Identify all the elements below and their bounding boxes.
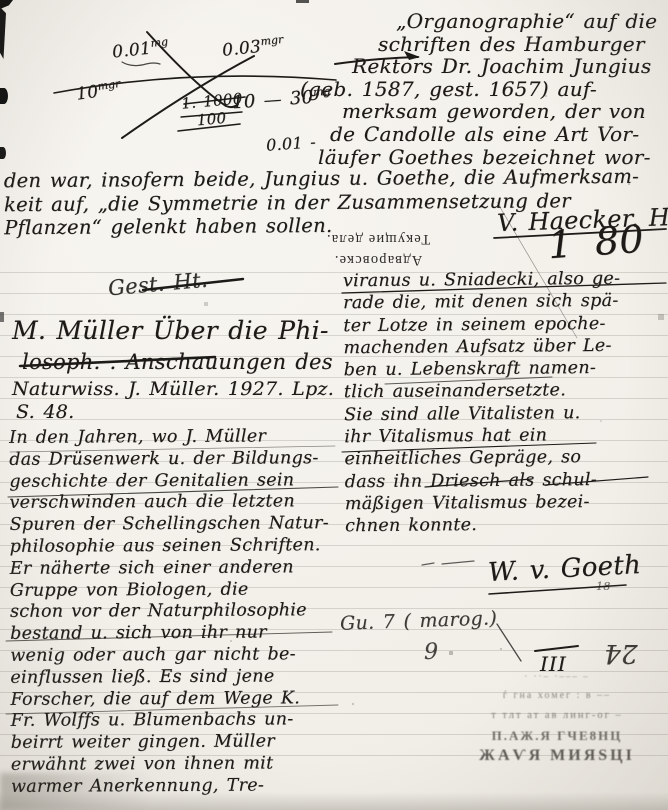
- handwritten-line: tlich auseinandersetzte.: [344, 380, 622, 405]
- handwritten-line: ben u. Lebenskraft namen-: [344, 358, 622, 383]
- handwritten-line: de Candolle als eine Art Vor-: [330, 123, 657, 146]
- handwritten-line: Rektors Dr. Joachim Jungius: [352, 55, 657, 78]
- illegible-rubber-stamp: · ··– ·––– – ѓ гна хомег : в –– т тлт ат…: [448, 666, 666, 766]
- scan-edge-artifact: [0, 0, 13, 9]
- handwritten-line: das Drüsenwerk u. der Bildungs-: [9, 448, 328, 471]
- handwritten-line: bestand u. sich von ihr nur: [10, 622, 329, 645]
- scanned-manuscript-page: 0.01mg 0.03mgr 10mgr 1. 1000 100 10 — 30…: [0, 0, 668, 810]
- handwritten-line: geschichte der Genitalien sein: [9, 470, 328, 493]
- handwritten-line: losoph. . Anschauungen des: [22, 350, 334, 378]
- handwritten-line: merksam geworden, der von: [342, 100, 657, 123]
- handwritten-line: warmer Anerkennung, Tre-: [11, 775, 330, 798]
- scan-edge-artifact: [0, 312, 4, 322]
- handwritten-line: erwähnt zwei von ihnen mit: [11, 753, 330, 776]
- stamp-line: Адваровске.: [294, 249, 462, 270]
- handwritten-line: Spuren der Schellingschen Natur-: [9, 513, 328, 536]
- quote-block: „Organographie“ auf die schriften des Ha…: [0, 10, 657, 168]
- handwritten-line: M. Müller Über die Phi-: [12, 316, 334, 350]
- handwritten-line: S. 48.: [16, 401, 334, 423]
- handwritten-line: machenden Aufsatz über Le-: [343, 336, 621, 361]
- stamp-line: ѓ гна хомег : в ––: [448, 686, 666, 706]
- left-column-title: M. Müller Über die Phi- losoph. . Anscha…: [12, 316, 334, 423]
- handwritten-line: dass ihn Driesch als schul-: [345, 469, 623, 494]
- handwritten-line: mäßigen Vitalismus bezei-: [345, 492, 623, 517]
- handwritten-line: ter Lotze in seinem epoche-: [343, 313, 621, 338]
- handwritten-line: einflussen ließ. Es sind jene: [10, 666, 329, 689]
- scan-edge-artifact: [0, 147, 6, 159]
- left-column-body: In den Jahren, wo J. Müller das Drüsenwe…: [9, 426, 330, 798]
- handwritten-line: Fr. Wolffs u. Blumenbachs un-: [11, 710, 330, 733]
- handwritten-line: wenig oder auch gar nicht be-: [10, 644, 329, 667]
- handwritten-line: schon vor der Naturphilosophie: [10, 601, 329, 624]
- number-note-180: 1 80: [547, 217, 646, 268]
- stamp-line: П.АЖ.Я ГЧЕ8НЦ: [448, 726, 666, 746]
- handwritten-line: viranus u. Sniadecki, also ge-: [343, 269, 621, 294]
- handwritten-line: ihr Vitalismus hat ein: [344, 425, 622, 450]
- handwritten-line: Sie sind alle Vitalisten u.: [344, 403, 622, 428]
- scan-edge-artifact: [0, 88, 8, 104]
- stamp-line: · ··– ·––– –: [448, 666, 666, 686]
- small-number-mark: 18: [596, 580, 611, 593]
- scan-edge-artifact: [296, 0, 309, 3]
- stamp-line: ЖАѴЯ МИЯЅЦІ: [448, 746, 666, 766]
- handwritten-line: verschwinden auch die letzten: [9, 492, 328, 515]
- stamp-line: Текущие дела.: [294, 228, 462, 249]
- handwritten-line: In den Jahren, wo J. Müller: [9, 426, 328, 449]
- stamp-line: т тлт ат ав линг-ог –: [448, 706, 666, 726]
- handwritten-line: schriften des Hamburger: [378, 33, 657, 56]
- date-mark-day-rotated: 24: [604, 638, 638, 668]
- date-mark-nine: 9: [424, 640, 438, 665]
- handwritten-line: chnen konnte.: [345, 514, 623, 539]
- handwritten-line: Naturwiss. J. Müller. 1927. Lpz.: [12, 378, 334, 401]
- right-column-body: viranus u. Sniadecki, also ge- rade die,…: [343, 269, 623, 539]
- handwritten-line: beirrt weiter gingen. Müller: [11, 731, 330, 754]
- handwritten-line: philosophie aus seinen Schriften.: [10, 535, 329, 558]
- handwritten-line: rade die, mit denen sich spä-: [343, 291, 621, 316]
- handwritten-line: Er näherte sich einer anderen: [10, 557, 329, 580]
- handwritten-line: Gruppe von Biologen, die: [10, 579, 329, 602]
- handwritten-line: einheitliches Gepräge, so: [344, 447, 622, 472]
- handwritten-line: „Organographie“ auf die: [396, 10, 657, 33]
- rotated-office-stamp: Адваровске. Текущие дела.: [294, 228, 462, 270]
- handwritten-line: (geb. 1587, gest. 1657) auf-: [300, 78, 657, 101]
- handwritten-line: Forscher, die auf dem Wege K.: [10, 688, 329, 711]
